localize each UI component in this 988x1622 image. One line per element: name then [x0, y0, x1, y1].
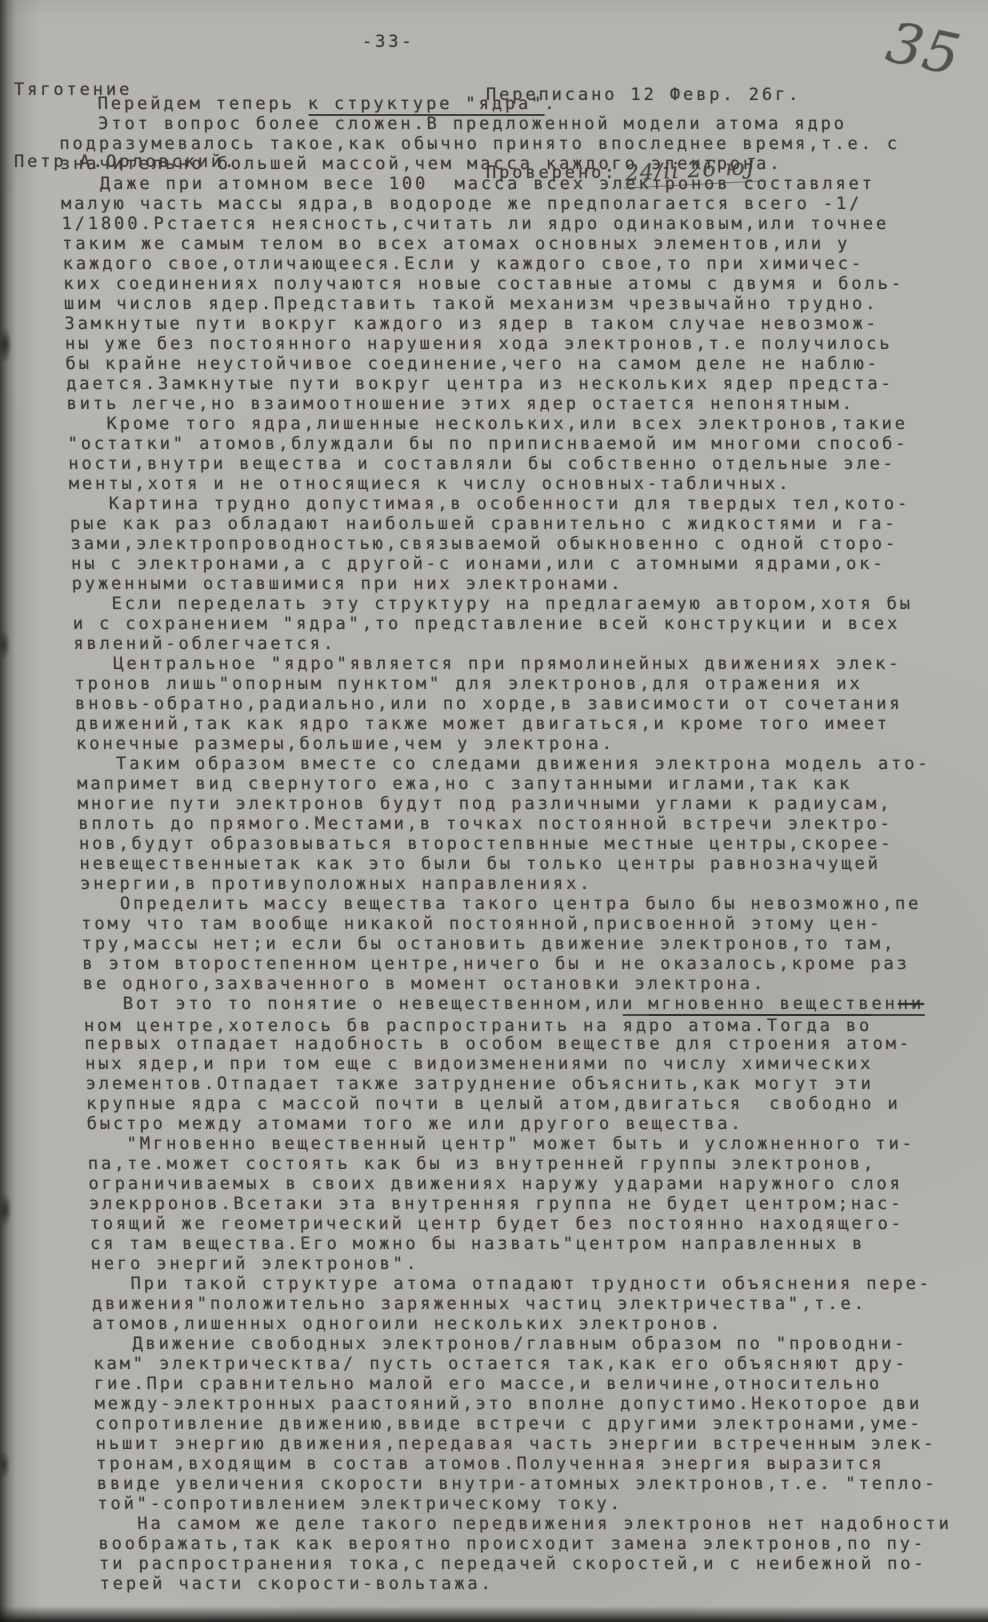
text-segment: Замкнутые пути вокруг каждого из ядер в …	[64, 314, 879, 334]
text-line: движений,так как ядро также может двигат…	[75, 714, 929, 734]
text-line: ности,внутри вещества и составляли бы со…	[68, 454, 922, 474]
text-segment: между-электронных раастояний,это вполне …	[94, 1394, 922, 1414]
text-line: ввиде увеличения скорости внутри-атомных…	[97, 1474, 951, 1494]
text-segment: бы крайне неустойчивое соединение,чего н…	[65, 354, 880, 374]
text-segment: Вот это то понятие о невещественном,или	[83, 994, 648, 1014]
text-segment: тому что там вообще никакой постоянной,п…	[81, 914, 883, 934]
text-segment: ти распространения тока,с передачей скор…	[99, 1554, 927, 1574]
text-segment: элементов.Отпадает также затруднение объ…	[85, 1074, 874, 1094]
text-segment: энергии,в противуположных направлениях.	[80, 874, 593, 894]
text-segment: мгновенно веществен	[648, 994, 898, 1016]
text-line: невещественныетак как это были бы только…	[79, 854, 933, 874]
binding-shadow	[0, 0, 40, 1622]
text-segment: ном центре,хотелось бв распространить на	[84, 1016, 623, 1036]
text-line: Даже при атомном весе 100 масса всех эле…	[60, 174, 914, 194]
text-segment: ких соединениях получаются новые составн…	[63, 274, 904, 294]
text-line: ных ядер,и при том еще с видоизменениями…	[85, 1054, 939, 1074]
text-line: Этот вопрос более сложен.В предложенной …	[59, 114, 913, 134]
text-line: менты,хотя и не относящиеся к числу осно…	[69, 474, 923, 494]
text-line: руженными оставшимися при них электронам…	[71, 574, 925, 594]
text-segment: тоящий же геометрический центр будет без…	[89, 1214, 904, 1234]
text-line: ве одного,захваченного в момент остановк…	[83, 974, 937, 994]
text-line: тронов лишь"опорным пунктом" для электро…	[74, 674, 928, 694]
text-segment: Этот вопрос более сложен.В предложенной …	[59, 114, 848, 134]
text-line: терей части скорости-вольтажа.	[99, 1574, 953, 1594]
text-segment: таким же самым телом во всех атомах осно…	[62, 234, 851, 254]
text-segment: крупные ядра с массой почти в целый атом…	[86, 1094, 901, 1114]
text-segment: явлений-облегчается.	[73, 634, 336, 654]
text-line: Кроме того ядра,лишенные нескольких,или …	[67, 414, 921, 434]
text-segment: .	[544, 94, 558, 114]
text-segment: Движение свободных электронов/главным об…	[93, 1334, 908, 1354]
text-segment: каждого свое,отличающееся.Если у каждого…	[62, 254, 864, 274]
text-line: Центральное "ядро"является при прямолине…	[74, 654, 928, 674]
text-segment: шим числов ядер.Представить такой механи…	[64, 294, 879, 314]
text-segment: ограничиваемых в своих движениях наружу …	[88, 1174, 903, 1194]
text-line: ти распространения тока,с передачей скор…	[99, 1554, 953, 1574]
text-segment: малую часть массы ядра,в водороде же пре…	[61, 194, 863, 214]
text-segment: руженными оставшимися при них электронам…	[71, 574, 623, 594]
text-segment: Картина трудно допустимая,в особенности …	[69, 494, 910, 514]
text-segment: тронам,входящим в состав атомов.Полученн…	[96, 1454, 885, 1474]
text-line: него энергий электронов".	[90, 1254, 944, 1274]
text-line: энергии,в противуположных направлениях.	[80, 874, 934, 894]
text-line: первых отпадает надобность в особом веще…	[84, 1034, 938, 1054]
typed-text-body: Перейдем теперь к структуре "ядра". Этот…	[58, 94, 954, 1594]
text-line: шим числов ядер.Представить такой механи…	[64, 294, 918, 314]
text-line: явлений-облегчается.	[73, 634, 927, 654]
text-line: ны уже без постоянного нарушения хода эл…	[65, 334, 919, 354]
text-line: ном центре,хотелось бв распространить на…	[84, 1014, 938, 1034]
text-segment: ядро атома.Тогда во	[622, 1014, 872, 1036]
text-line: Движение свободных электронов/главным об…	[93, 1334, 947, 1354]
text-segment: Таким образом вместе со следами движения…	[76, 754, 930, 774]
text-segment: движений,так как ядро также может двигат…	[75, 714, 890, 734]
text-segment: Даже при атомном весе 100 масса всех эле…	[60, 174, 875, 194]
text-segment: движения"положительно заряженных частиц …	[92, 1294, 868, 1314]
text-segment: значительно большей массой,чем масса каж…	[60, 154, 783, 174]
text-line: атомов,лишенных одногоили нескольких эле…	[92, 1314, 946, 1334]
text-line: движения"положительно заряженных частиц …	[92, 1294, 946, 1314]
text-line: элементов.Отпадает также затруднение объ…	[85, 1074, 939, 1094]
text-segment: воображать,так как вероятно происходит з…	[98, 1534, 926, 1554]
text-line: Картина трудно допустимая,в особенности …	[69, 494, 923, 514]
text-segment: На самом же деле такого передвижения эле…	[98, 1514, 952, 1534]
text-line: "Мгновенно вещественный центр" может быт…	[87, 1134, 941, 1154]
text-segment: элекрронов.Всетаки эта внутренняя группа…	[89, 1194, 904, 1214]
text-segment: подразумевалось такое,как обычно принято…	[59, 134, 900, 154]
text-segment: и с сохранением "ядра",то представление …	[73, 614, 901, 634]
text-segment: Если переделать эту структуру на предлаг…	[72, 594, 913, 614]
text-segment: Центральное "ядро"является при прямолине…	[74, 654, 902, 674]
text-segment: ни	[898, 994, 925, 1016]
pencil-page-number: 35	[882, 15, 965, 85]
text-line: ся там вещества.Его можно бы назвать"цен…	[90, 1234, 944, 1254]
text-segment: вить легче,но взаимоотношение этих ядер …	[66, 394, 855, 414]
text-segment: Кроме того ядра,лишенные нескольких,или …	[67, 414, 908, 434]
text-segment: терей части скорости-вольтажа.	[99, 1574, 494, 1594]
text-line: ких соединениях получаются новые составн…	[63, 274, 917, 294]
text-segment: вплоть до прямого.Местами,в точках посто…	[78, 814, 893, 834]
text-segment: тру,массы нет;и если бы остановить движе…	[81, 934, 896, 954]
text-segment: тронов лишь"опорным пунктом" для электро…	[74, 674, 863, 694]
text-segment: 1/1800.Рстается неясность,считать ли ядр…	[61, 214, 889, 234]
text-line: тоящий же геометрический центр будет без…	[89, 1214, 943, 1234]
text-line: малую часть массы ядра,в водороде же пре…	[61, 194, 915, 214]
text-segment: "остатки" атомов,блуждали бы по приписнв…	[67, 434, 908, 454]
text-segment: При такой структуре атома отпадают трудн…	[91, 1274, 932, 1294]
text-line: ньшит энергию движения,передавая часть э…	[95, 1434, 949, 1454]
text-line: и с сохранением "ядра",то представление …	[73, 614, 927, 634]
text-segment: вновь-обратно,радиально,или по хорде,в з…	[75, 694, 903, 714]
text-line: рые как раз обладают наибольшей сравните…	[70, 514, 924, 534]
text-line: той"-сопротивлением электрическому току.	[97, 1494, 951, 1514]
text-line: крупные ядра с массой почти в целый атом…	[86, 1094, 940, 1114]
text-line: тронам,входящим в состав атомов.Полученн…	[96, 1454, 950, 1474]
text-line: между-электронных раастояний,это вполне …	[94, 1394, 948, 1414]
text-line: зами,электропроводностью,связываемой обы…	[70, 534, 924, 554]
text-segment: ных ядер,и при том еще с видоизменениями…	[85, 1054, 874, 1074]
text-line: Вот это то понятие о невещественном,или …	[83, 994, 937, 1014]
text-line: бы крайне неустойчивое соединение,чего н…	[65, 354, 919, 374]
text-line: дается.Замкнутые пути вокруг центра из н…	[66, 374, 920, 394]
text-line: таким же самым телом во всех атомах осно…	[62, 234, 916, 254]
text-line: 1/1800.Рстается неясность,считать ли ядр…	[61, 214, 915, 234]
scan-bottom-edge	[0, 1606, 988, 1622]
text-segment: невещественныетак как это были бы только…	[79, 854, 881, 874]
text-segment: него энергий электронов".	[90, 1254, 419, 1274]
text-line: Перейдем теперь к структуре "ядра".	[58, 94, 912, 114]
text-line: Определить массу вещества такого центра …	[80, 894, 934, 914]
scanned-page: Тяготение Петр А.Орловский. -33- Перепис…	[0, 0, 988, 1622]
text-segment: кам" электрическтва/ пусть остается так,…	[93, 1354, 908, 1374]
text-segment: ны уже без постоянного нарушения хода эл…	[65, 334, 893, 354]
text-line: ны с электронами,а с другой-с ионами,или…	[71, 554, 925, 574]
text-segment: Определить массу вещества такого центра …	[80, 894, 921, 914]
text-segment: ве одного,захваченного в момент остановк…	[83, 974, 767, 994]
text-line: каждого свое,отличающееся.Если у каждого…	[62, 254, 916, 274]
text-line: значительно большей массой,чем масса каж…	[60, 154, 914, 174]
text-segment: зами,электропроводностью,связываемой обы…	[70, 534, 898, 554]
text-line: подразумевалось такое,как обычно принято…	[59, 134, 913, 154]
text-segment: ньшит энергию движения,передавая часть э…	[95, 1434, 936, 1454]
text-line: вновь-обратно,радиально,или по хорде,в з…	[75, 694, 929, 714]
text-segment: первых отпадает надобность в особом веще…	[84, 1034, 912, 1054]
text-segment: к структуре "ядра"	[308, 94, 545, 116]
text-line: вплоть до прямого.Местами,в точках посто…	[78, 814, 932, 834]
text-segment: ся там вещества.Его можно бы назвать"цен…	[90, 1234, 866, 1254]
text-line: вить легче,но взаимоотношение этих ядер …	[66, 394, 920, 414]
text-segment: конечные размеры,большие,чем у электрона…	[76, 734, 615, 754]
text-line: мапримет вид свернутого ежа,но с запутан…	[77, 774, 931, 794]
text-segment: быстро между атомами того же или другого…	[86, 1114, 743, 1134]
text-line: сопротивление движению,ввиде встречи с д…	[95, 1414, 949, 1434]
text-segment: в этом второстепенном центре,ничего бы и…	[82, 954, 910, 974]
text-segment: менты,хотя и не относящиеся к числу осно…	[69, 474, 792, 494]
text-line: конечные размеры,большие,чем у электрона…	[76, 734, 930, 754]
text-line: Если переделать эту структуру на предлаг…	[72, 594, 926, 614]
text-segment: рые как раз обладают наибольшей сравните…	[70, 514, 898, 534]
text-line: многие пути электронов будут под различн…	[78, 794, 932, 814]
text-segment: многие пути электронов будут под различн…	[78, 794, 893, 814]
text-line: элекрронов.Всетаки эта внутренняя группа…	[89, 1194, 943, 1214]
text-line: гие.При сравнительно малой его массе,и в…	[94, 1374, 948, 1394]
text-segment: ны с электронами,а с другой-с ионами,или…	[71, 554, 886, 574]
text-line: па,те.может состоять как бы из внутренне…	[88, 1154, 942, 1174]
text-line: воображать,так как вероятно происходит з…	[98, 1534, 952, 1554]
typed-page-number: -33-	[362, 32, 415, 52]
text-segment: Перейдем теперь	[58, 94, 308, 114]
text-line: На самом же деле такого передвижения эле…	[98, 1514, 952, 1534]
text-segment: той"-сопротивлением электрическому току.	[97, 1494, 623, 1514]
text-segment: "Мгновенно вещественный центр" может быт…	[87, 1134, 915, 1154]
text-line: ограничиваемых в своих движениях наружу …	[88, 1174, 942, 1194]
text-line: в этом второстепенном центре,ничего бы и…	[82, 954, 936, 974]
text-segment: ввиде увеличения скорости внутри-атомных…	[97, 1474, 938, 1494]
text-segment: дается.Замкнутые пути вокруг центра из н…	[66, 374, 894, 394]
text-line: быстро между атомами того же или другого…	[86, 1114, 940, 1134]
text-segment: нов,будут образовываться второстепвнные …	[79, 834, 894, 854]
text-segment: мапримет вид свернутого ежа,но с запутан…	[77, 774, 853, 794]
text-segment: ности,внутри вещества и составляли бы со…	[68, 454, 896, 474]
text-line: "остатки" атомов,блуждали бы по приписнв…	[67, 434, 921, 454]
text-segment: атомов,лишенных одногоили нескольких эле…	[92, 1314, 723, 1334]
text-line: Замкнутые пути вокруг каждого из ядер в …	[64, 314, 918, 334]
text-line: тру,массы нет;и если бы остановить движе…	[81, 934, 935, 954]
text-line: кам" электрическтва/ пусть остается так,…	[93, 1354, 947, 1374]
text-line: При такой структуре атома отпадают трудн…	[91, 1274, 945, 1294]
text-line: нов,будут образовываться второстепвнные …	[79, 834, 933, 854]
text-segment: па,те.может состоять как бы из внутренне…	[88, 1154, 877, 1174]
text-line: тому что там вообще никакой постоянной,п…	[81, 914, 935, 934]
text-line: Таким образом вместе со следами движения…	[76, 754, 930, 774]
text-segment: гие.При сравнительно малой его массе,и в…	[94, 1374, 883, 1394]
text-segment: сопротивление движению,ввиде встречи с д…	[95, 1414, 923, 1434]
